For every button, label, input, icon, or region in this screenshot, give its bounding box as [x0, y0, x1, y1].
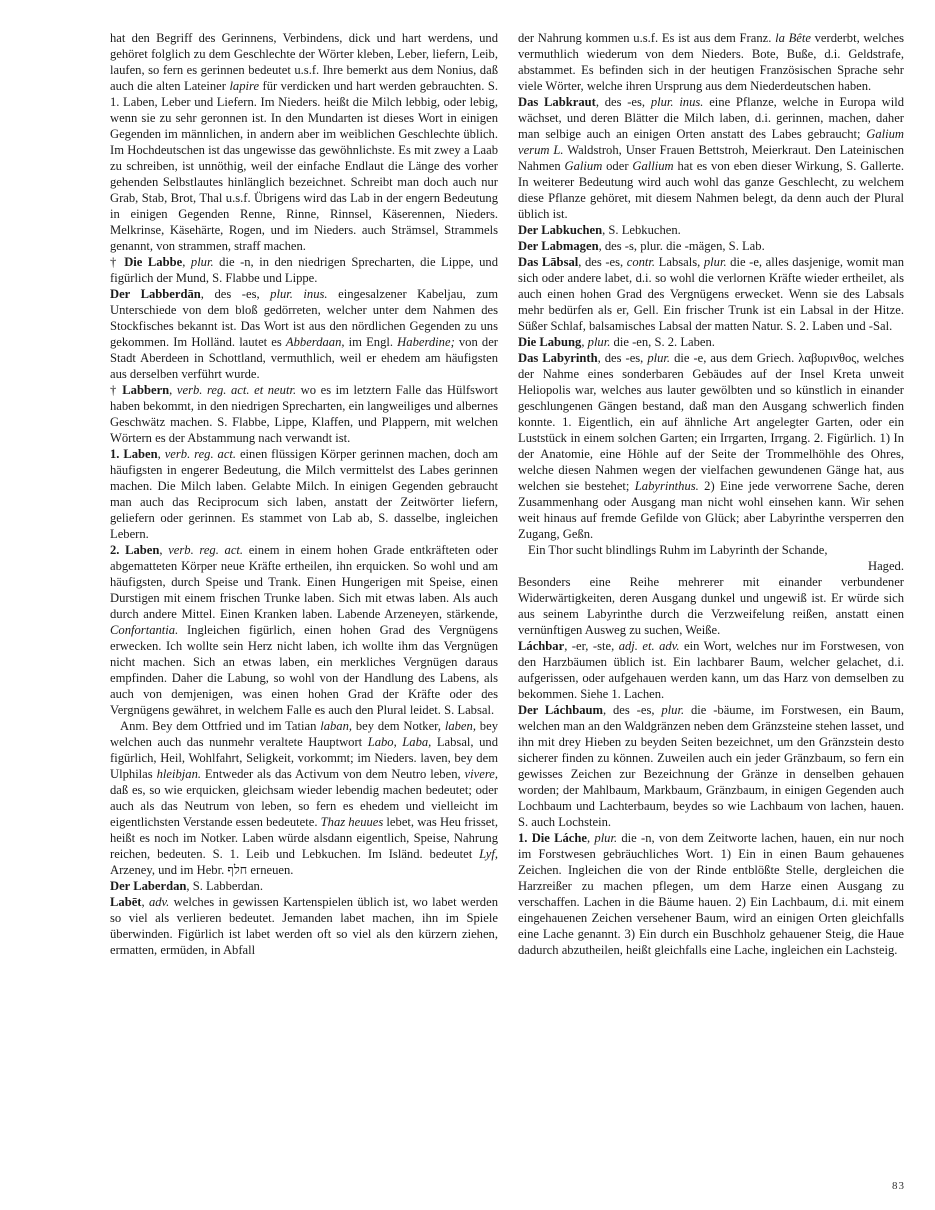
- headword: Der Labkuchen: [518, 223, 602, 237]
- dagger-mark: †: [110, 383, 122, 397]
- entry-labyrinth-continuation: Besonders eine Reihe mehrerer mit einand…: [518, 574, 904, 638]
- headword: Láchbar: [518, 639, 564, 653]
- headword: Der Láchbaum: [518, 703, 603, 717]
- grammar-label: plur. inus.: [270, 287, 327, 301]
- headword: Die Labung: [518, 335, 581, 349]
- entry-labkraut: Das Labkraut, des -es, plur. inus. eine …: [518, 94, 904, 222]
- entry-labyrinth: Das Labyrinth, des -es, plur. die -e, au…: [518, 350, 904, 542]
- entry-lachbar: Láchbar, -er, -ste, adj. et. adv. ein Wo…: [518, 638, 904, 702]
- grammar-label: plur.: [661, 703, 684, 717]
- grammar-label: plur. inus.: [651, 95, 704, 109]
- dagger-mark: †: [110, 255, 124, 269]
- grammar-label: verb. reg. act.: [165, 447, 236, 461]
- headword: 1. Laben: [110, 447, 158, 461]
- entry-labet: Labēt, adv. welches in gewissen Kartensp…: [110, 894, 498, 958]
- grammar-label: verb. reg. act.: [168, 543, 243, 557]
- entry-labbe: † Die Labbe, plur. die -n, in den niedri…: [110, 254, 498, 286]
- entry-lache-1: 1. Die Láche, plur. die -n, von dem Zeit…: [518, 830, 904, 958]
- dictionary-page: hat den Begriff des Gerinnens, Verbinden…: [110, 30, 905, 1190]
- headword: Der Labmagen: [518, 239, 599, 253]
- entry-lachbaum: Der Láchbaum, des -es, plur. die -bäume,…: [518, 702, 904, 830]
- entry-lab-continuation: hat den Begriff des Gerinnens, Verbinden…: [110, 30, 498, 254]
- entry-laben-annotation: Anm. Bey dem Ottfried und im Tatian laba…: [110, 718, 498, 878]
- grammar-label: plur.: [588, 335, 611, 349]
- headword: Labbern: [122, 383, 169, 397]
- right-column: der Nahrung kommen u.s.f. Es ist aus dem…: [518, 30, 904, 958]
- entry-labmagen: Der Labmagen, des -s, plur. die -mägen, …: [518, 238, 904, 254]
- entry-labkuchen: Der Labkuchen, S. Lebkuchen.: [518, 222, 904, 238]
- verse-quote: Ein Thor sucht blindlings Ruhm im Labyri…: [518, 542, 904, 574]
- headword: Der Labberdān: [110, 287, 201, 301]
- entry-laben-1: 1. Laben, verb. reg. act. einen flüssige…: [110, 446, 498, 542]
- page-number: 83: [892, 1180, 905, 1192]
- entry-labberdan: Der Labberdān, des -es, plur. inus. eing…: [110, 286, 498, 382]
- grammar-label: adv.: [149, 895, 169, 909]
- entry-laberdan: Der Laberdan, S. Labberdan.: [110, 878, 498, 894]
- entry-labbern: † Labbern, verb. reg. act. et neutr. wo …: [110, 382, 498, 446]
- headword: Die Labbe: [124, 255, 182, 269]
- quote-source: Haged.: [518, 558, 904, 574]
- headword: Labēt: [110, 895, 141, 909]
- grammar-label: verb. reg. act. et neutr.: [177, 383, 296, 397]
- entry-labung: Die Labung, plur. die -en, S. 2. Laben.: [518, 334, 904, 350]
- entry-labet-continuation: der Nahrung kommen u.s.f. Es ist aus dem…: [518, 30, 904, 94]
- entry-laben-2: 2. Laben, verb. reg. act. einem in einem…: [110, 542, 498, 718]
- headword: Das Labkraut: [518, 95, 596, 109]
- headword: 1. Die Láche: [518, 831, 587, 845]
- grammar-label: adj. et. adv.: [619, 639, 680, 653]
- headword: Das Lābsal: [518, 255, 578, 269]
- headword: 2. Laben: [110, 543, 159, 557]
- grammar-label: plur.: [594, 831, 617, 845]
- entry-labsal: Das Lābsal, des -es, contr. Labsals, plu…: [518, 254, 904, 334]
- greek-word: λαβυρινθος,: [798, 351, 859, 365]
- headword: Das Labyrinth: [518, 351, 598, 365]
- grammar-label: plur.: [191, 255, 214, 269]
- headword: Der Laberdan: [110, 879, 186, 893]
- left-column: hat den Begriff des Gerinnens, Verbinden…: [110, 30, 498, 958]
